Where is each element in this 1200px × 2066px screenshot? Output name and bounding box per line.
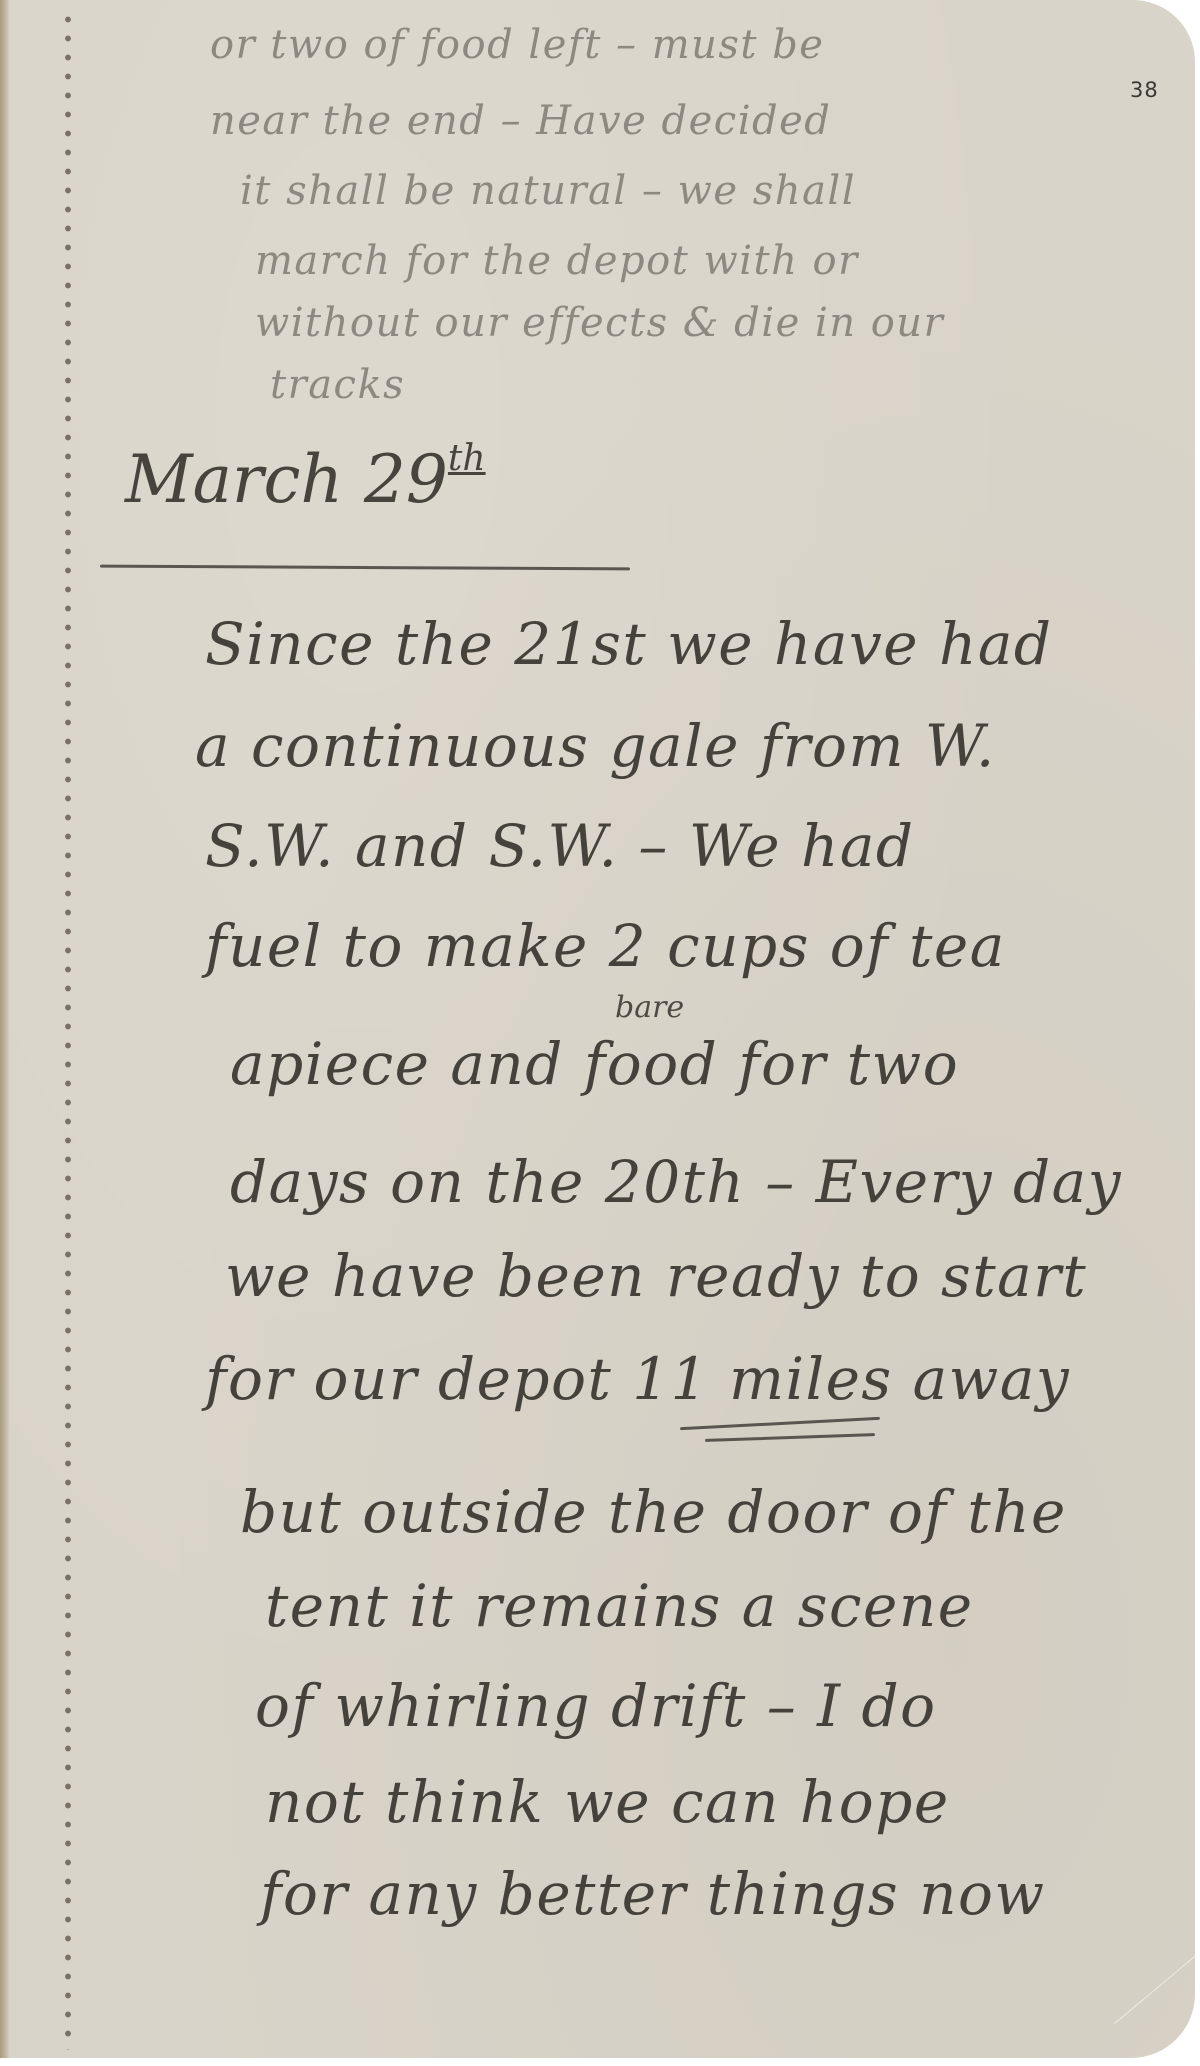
entry-date-suffix: th: [448, 438, 486, 479]
corner-crease: [1114, 1947, 1195, 2025]
date-underline: [100, 565, 630, 571]
entry-line-7: we have been ready to start: [225, 1242, 1087, 1310]
continued-line-5: without our effects & die in our: [255, 300, 944, 346]
entry-line-4: fuel to make 2 cups of tea: [205, 912, 1006, 980]
entry-line-9: but outside the door of the: [240, 1478, 1067, 1546]
continued-line-4: march for the depot with or: [255, 238, 859, 284]
binding-edge: [0, 0, 10, 2058]
entry-line-10: tent it remains a scene: [265, 1572, 974, 1640]
emphasis-underline-1: [680, 1417, 880, 1430]
continued-line-6: tracks: [270, 362, 405, 408]
continued-line-2: near the end – Have decided: [210, 98, 831, 144]
entry-line-6: days on the 20th – Every day: [230, 1148, 1122, 1216]
continued-line-1: or two of food left – must be: [210, 22, 824, 68]
entry-line-8: for our depot 11 miles away: [205, 1345, 1070, 1413]
entry-line-3: S.W. and S.W. – We had: [205, 812, 915, 880]
continued-line-3: it shall be natural – we shall: [240, 168, 856, 214]
entry-line-2: a continuous gale from W.: [195, 712, 996, 780]
entry-line-5: apiece and food for two: [230, 1030, 959, 1098]
entry-line-12: not think we can hope: [265, 1768, 950, 1836]
inserted-word: bare: [615, 990, 684, 1025]
perforation-line: [62, 10, 74, 2050]
entry-date: March 29th: [125, 438, 486, 518]
entry-date-text: March 29: [125, 441, 448, 518]
emphasis-underline-2: [705, 1433, 875, 1442]
entry-line-13: for any better things now: [260, 1860, 1046, 1928]
entry-line-11: of whirling drift – I do: [255, 1672, 937, 1740]
entry-line-1: Since the 21st we have had: [205, 610, 1053, 678]
page-number: 38: [1130, 78, 1159, 102]
diary-page: 38 or two of food left – must be near th…: [0, 0, 1195, 2058]
